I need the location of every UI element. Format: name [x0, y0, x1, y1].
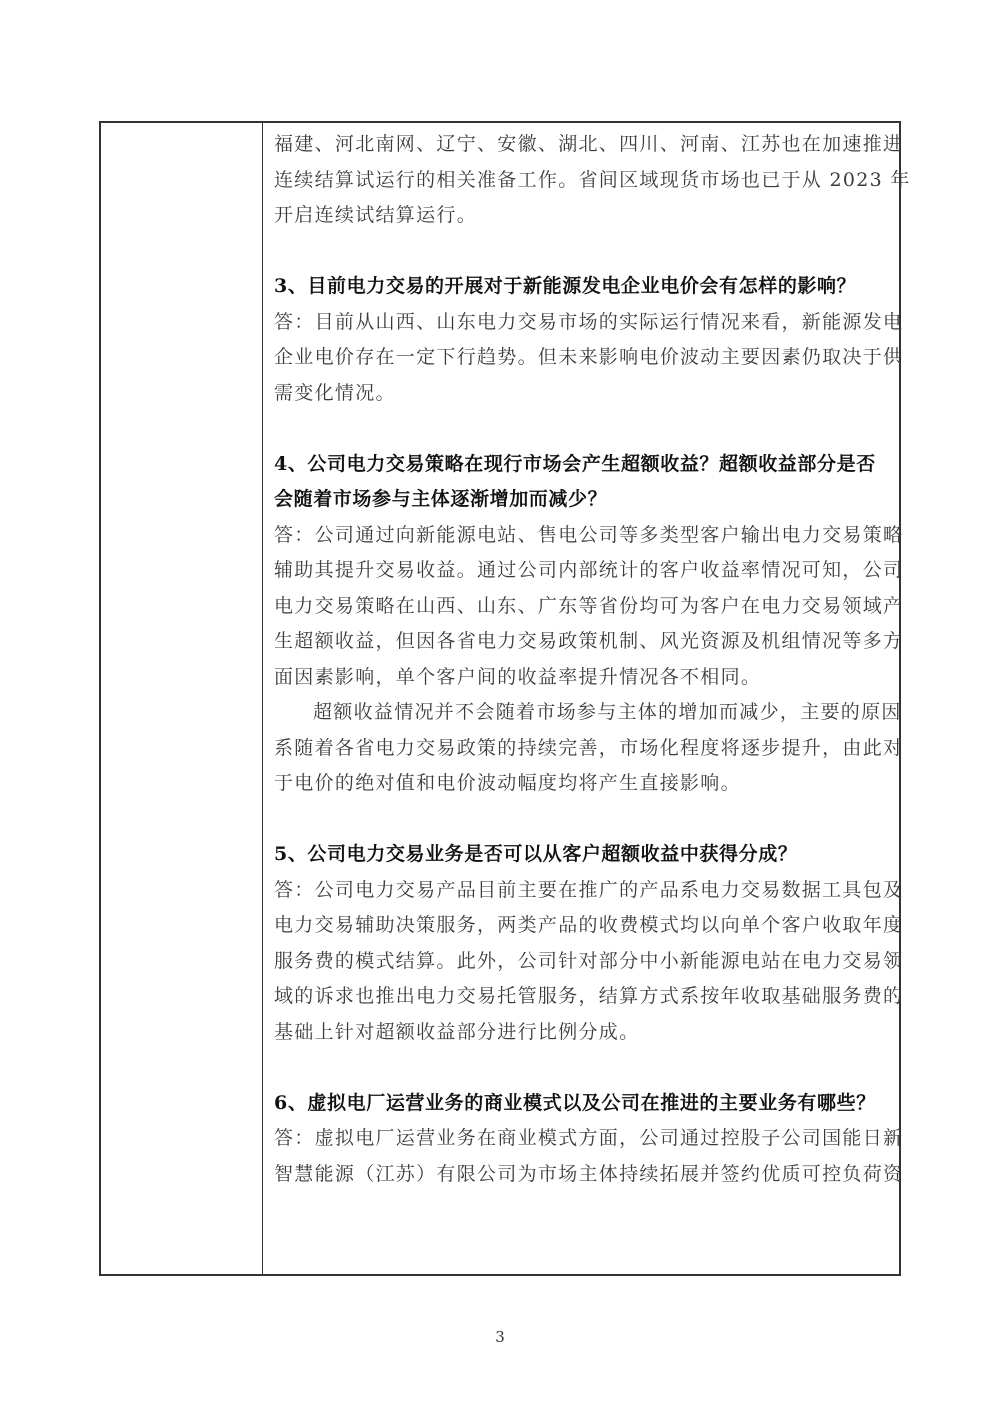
question-heading: 3、目前电力交易的开展对于新能源发电企业电价会有怎样的影响？: [274, 269, 889, 305]
qa-item-5: 5、公司电力交易业务是否可以从客户超额收益中获得分成？ 答：公司电力交易产品目前…: [274, 837, 889, 1050]
answer-line: 答：目前从山西、山东电力交易市场的实际运行情况来看，新能源发电: [274, 305, 889, 341]
question-heading: 会随着市场参与主体逐渐增加而减少？: [274, 482, 889, 518]
answer-line: 智慧能源（江苏）有限公司为市场主体持续拓展并签约优质可控负荷资: [274, 1157, 889, 1193]
question-heading: 4、公司电力交易策略在现行市场会产生超额收益？超额收益部分是否: [274, 447, 889, 483]
text-line: 连续结算试运行的相关准备工作。省间区域现货市场也已于从 2023 年: [274, 163, 889, 199]
answer-line: 于电价的绝对值和电价波动幅度均将产生直接影响。: [274, 766, 889, 802]
answer-line: 答：公司通过向新能源电站、售电公司等多类型客户输出电力交易策略: [274, 518, 889, 554]
answer-line: 域的诉求也推出电力交易托管服务，结算方式系按年收取基础服务费的: [274, 979, 889, 1015]
text-line: 开启连续试结算运行。: [274, 198, 889, 234]
answer-line: 系随着各省电力交易政策的持续完善，市场化程度将逐步提升，由此对: [274, 731, 889, 767]
question-heading: 5、公司电力交易业务是否可以从客户超额收益中获得分成？: [274, 837, 889, 873]
table-label-column: [101, 123, 263, 1274]
answer-line: 服务费的模式结算。此外，公司针对部分中小新能源电站在电力交易领: [274, 944, 889, 980]
qa-item-4: 4、公司电力交易策略在现行市场会产生超额收益？超额收益部分是否 会随着市场参与主…: [274, 447, 889, 802]
answer-line: 基础上针对超额收益部分进行比例分成。: [274, 1015, 889, 1051]
answer-line: 面因素影响，单个客户间的收益率提升情况各不相同。: [274, 660, 889, 696]
answer-line: 电力交易策略在山西、山东、广东等省份均可为客户在电力交易领域产: [274, 589, 889, 625]
answer-line: 需变化情况。: [274, 376, 889, 412]
qa-item-3: 3、目前电力交易的开展对于新能源发电企业电价会有怎样的影响？ 答：目前从山西、山…: [274, 269, 889, 411]
question-heading: 6、虚拟电厂运营业务的商业模式以及公司在推进的主要业务有哪些？: [274, 1086, 889, 1122]
table-content-column: 福建、河北南网、辽宁、安徽、湖北、四川、河南、江苏也在加速推进 连续结算试运行的…: [264, 123, 899, 1274]
qa-item-6: 6、虚拟电厂运营业务的商业模式以及公司在推进的主要业务有哪些？ 答：虚拟电厂运营…: [274, 1086, 889, 1193]
answer-line: 辅助其提升交易收益。通过公司内部统计的客户收益率情况可知，公司: [274, 553, 889, 589]
text-line: 福建、河北南网、辽宁、安徽、湖北、四川、河南、江苏也在加速推进: [274, 127, 889, 163]
answer-line: 生超额收益，但因各省电力交易政策机制、风光资源及机组情况等多方: [274, 624, 889, 660]
answer-line: 企业电价存在一定下行趋势。但未来影响电价波动主要因素仍取决于供: [274, 340, 889, 376]
answer-line: 答：虚拟电厂运营业务在商业模式方面，公司通过控股子公司国能日新: [274, 1121, 889, 1157]
answer-line: 答：公司电力交易产品目前主要在推广的产品系电力交易数据工具包及: [274, 873, 889, 909]
qa-table: 福建、河北南网、辽宁、安徽、湖北、四川、河南、江苏也在加速推进 连续结算试运行的…: [99, 121, 901, 1276]
continuation-paragraph: 福建、河北南网、辽宁、安徽、湖北、四川、河南、江苏也在加速推进 连续结算试运行的…: [274, 127, 889, 234]
answer-line: 电力交易辅助决策服务，两类产品的收费模式均以向单个客户收取年度: [274, 908, 889, 944]
page-number: 3: [0, 1328, 1000, 1346]
answer-line: 超额收益情况并不会随着市场参与主体的增加而减少，主要的原因: [274, 695, 889, 731]
